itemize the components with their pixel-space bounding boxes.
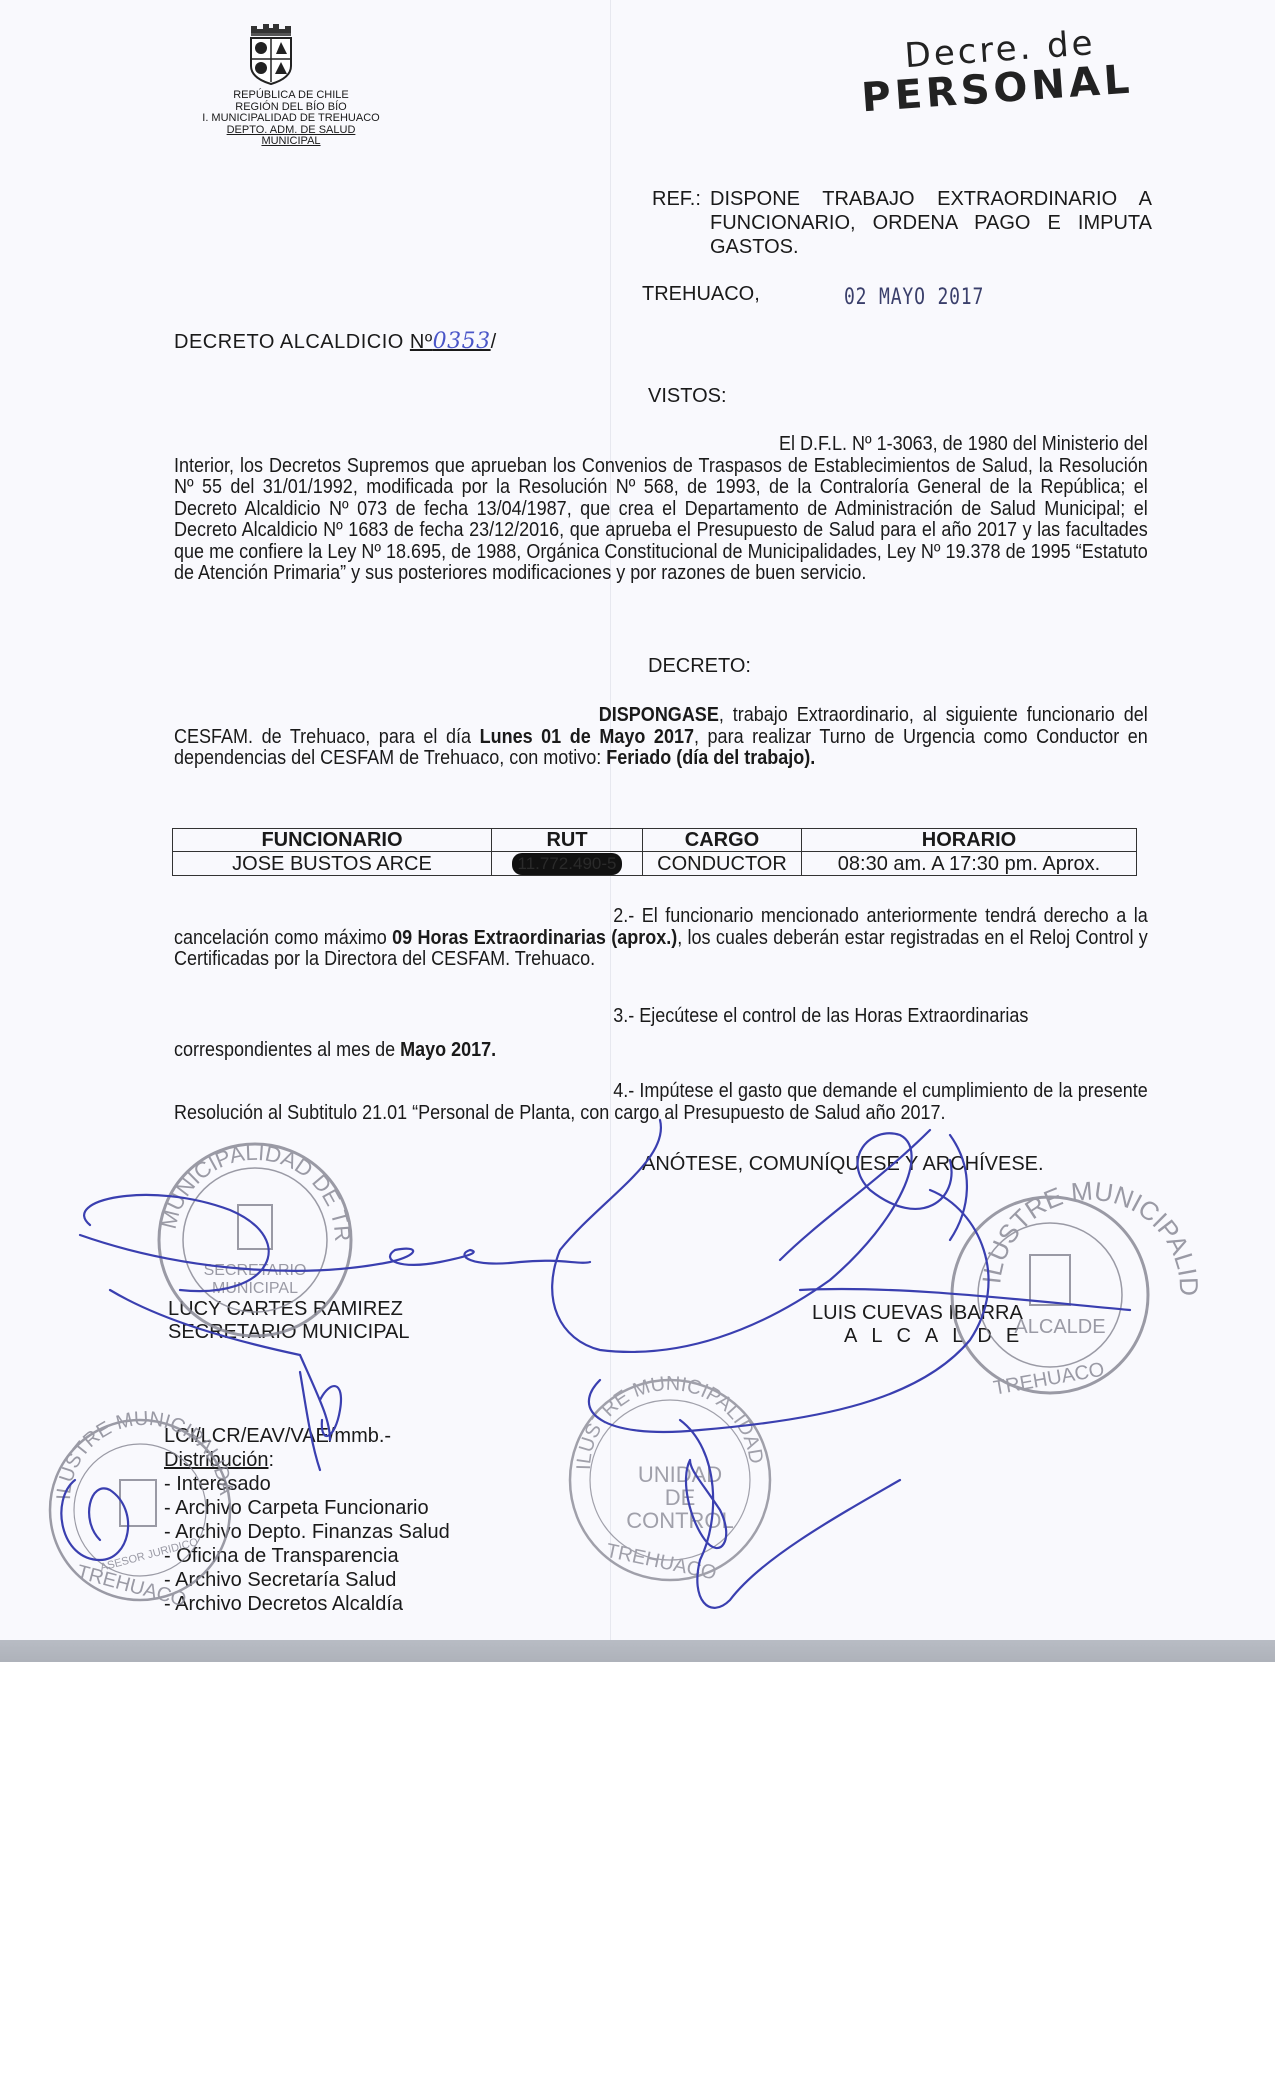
letterhead-line: DEPTO. ADM. DE SALUD MUNICIPAL xyxy=(196,125,386,148)
secretario-stamp: MUNICIPALIDAD DE TREHUACO SECRETARIO MUN… xyxy=(0,0,355,1336)
point-2: 2.- El funcionario mencionado anteriorme… xyxy=(174,906,1148,971)
distribution-item: - Archivo Secretaría Salud xyxy=(164,1568,450,1592)
table-row: JOSE BUSTOS ARCE 11.772.490-5 CONDUCTOR … xyxy=(173,852,1137,876)
point-4: 4.- Impútese el gasto que demande el cum… xyxy=(174,1081,1148,1124)
closing-formula: ANÓTESE, COMUNÍQUESE Y ARCHÍVESE. xyxy=(642,1153,1044,1176)
scanned-document-page: REPÚBLICA DE CHILE REGIÓN DEL BÍO BÍO I.… xyxy=(0,0,1275,1640)
svg-text:DE: DE xyxy=(665,1485,696,1510)
place: TREHUACO, xyxy=(642,283,760,306)
letterhead-line: I. MUNICIPALIDAD DE TREHUACO xyxy=(196,113,386,125)
distribution-item: - Oficina de Transparencia xyxy=(164,1544,450,1568)
juridico-stamp: ILUSTRE MUNICIPALIDAD ASESOR JURIDICO TR… xyxy=(0,0,237,1611)
signer-title: SECRETARIO MUNICIPAL xyxy=(168,1321,410,1344)
reference-label: REF.: xyxy=(652,187,710,259)
employee-table: FUNCIONARIO RUT CARGO HORARIO JOSE BUSTO… xyxy=(172,828,1137,876)
svg-text:TREHUACO: TREHUACO xyxy=(604,1540,718,1585)
reference-text: DISPONE TRABAJO EXTRAORDINARIO A FUNCION… xyxy=(710,187,1152,259)
coat-of-arms-icon xyxy=(243,20,299,86)
funcionario-cell: JOSE BUSTOS ARCE xyxy=(173,852,492,876)
svg-text:CONTROL: CONTROL xyxy=(626,1508,734,1533)
signature-block-secretario: LUCY CARTES RAMIREZ SECRETARIO MUNICIPAL xyxy=(168,1298,410,1344)
distribution-item: - Archivo Depto. Finanzas Salud xyxy=(164,1520,450,1544)
signer-name: LUCY CARTES RAMIREZ xyxy=(168,1298,410,1321)
distribution-block: LCI/LCR/EAV/VAE/mmb.- Distribución: - In… xyxy=(164,1424,450,1616)
personal-decree-stamp: Decre. de PERSONAL xyxy=(857,21,1134,122)
letterhead: REPÚBLICA DE CHILE REGIÓN DEL BÍO BÍO I.… xyxy=(196,90,386,148)
dispongase-paragraph: DISPONGASE, trabajo Extraordinario, al s… xyxy=(174,705,1148,770)
reference-block: REF.: DISPONE TRABAJO EXTRAORDINARIO A F… xyxy=(652,187,1152,259)
svg-text:ILUSTRE MUNICIPALIDAD: ILUSTRE MUNICIPALIDAD xyxy=(573,1373,767,1470)
scan-edge xyxy=(0,1640,1275,1662)
distribution-item: - Archivo Decretos Alcaldía xyxy=(164,1592,450,1616)
cargo-cell: CONDUCTOR xyxy=(643,852,802,876)
svg-text:SECRETARIO: SECRETARIO xyxy=(204,1262,307,1279)
signer-name: LUIS CUEVAS IBARRA xyxy=(812,1302,1033,1325)
svg-text:TREHUACO: TREHUACO xyxy=(992,1359,1106,1400)
signer-title: ALCALDE xyxy=(844,1325,1033,1348)
handwritten-number: 0353 xyxy=(433,329,491,354)
vistos-paragraph: El D.F.L. Nº 1-3063, de 1980 del Ministe… xyxy=(174,434,1148,585)
decreto-heading: DECRETO: xyxy=(648,655,751,678)
svg-text:UNIDAD: UNIDAD xyxy=(638,1462,722,1487)
distribution-item: - Archivo Carpeta Funcionario xyxy=(164,1496,450,1520)
svg-text:MUNICIPAL: MUNICIPAL xyxy=(212,1280,298,1297)
rut-cell: 11.772.490-5 xyxy=(492,852,643,876)
distribution-heading: Distribución xyxy=(164,1449,268,1471)
table-header-row: FUNCIONARIO RUT CARGO HORARIO xyxy=(173,829,1137,852)
horario-cell: 08:30 am. A 17:30 pm. Aprox. xyxy=(802,852,1137,876)
fold-line xyxy=(610,0,611,1640)
point-3: 3.- Ejecútese el control de las Horas Ex… xyxy=(174,1006,1148,1061)
distribution-item: - Interesado xyxy=(164,1472,450,1496)
decree-number: DECRETO ALCALDICIO Nº0353/ xyxy=(174,329,497,354)
signature-block-alcalde: LUIS CUEVAS IBARRA ALCALDE xyxy=(812,1302,1033,1348)
redacted-rut: 11.772.490-5 xyxy=(512,853,623,875)
initials: LCI/LCR/EAV/VAE/mmb.- xyxy=(164,1424,450,1448)
date-stamp: 02 MAYO 2017 xyxy=(844,285,984,310)
control-stamp: ILUSTRE MUNICIPALIDAD UNIDAD DE CONTROL … xyxy=(570,1373,770,1585)
vistos-heading: VISTOS: xyxy=(648,385,727,408)
letterhead-line: REPÚBLICA DE CHILE xyxy=(196,90,386,102)
